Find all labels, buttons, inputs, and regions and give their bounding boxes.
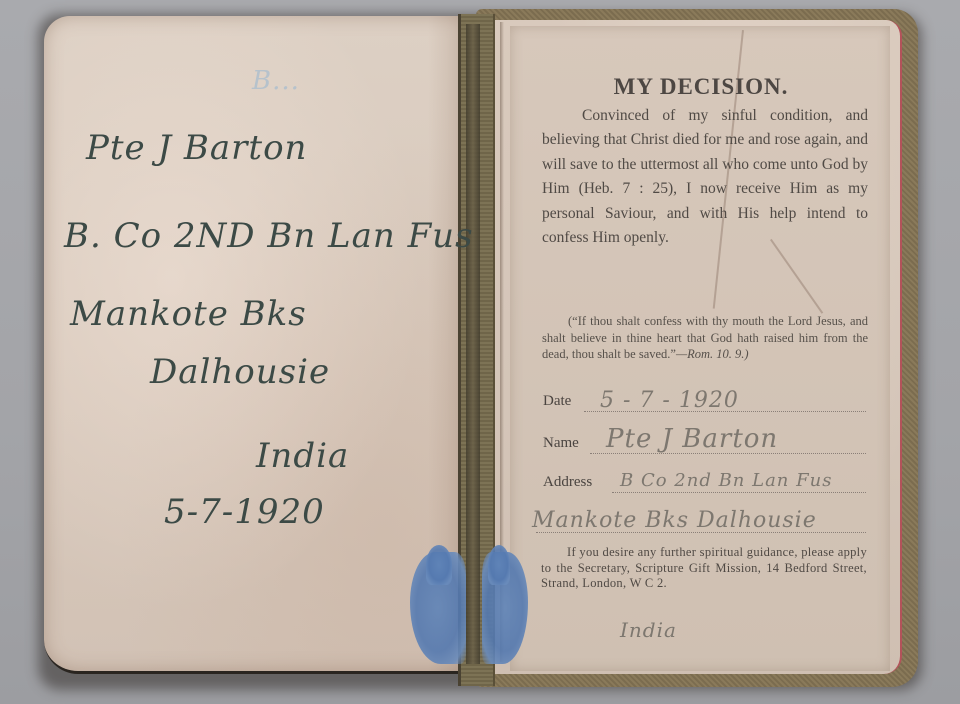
scripture-quote: (“If thou shalt confess with thy mouth t… [542, 313, 868, 363]
decision-statement-text: Convinced of my sinful condition, and be… [542, 107, 868, 246]
address-label: Address [543, 474, 592, 491]
address-value-line2: Mankote Bks Dalhousie [532, 508, 817, 533]
handwritten-barracks: Mankote Bks [70, 294, 307, 334]
handwritten-country: India [256, 436, 349, 476]
ink-stain-right-tip [488, 545, 510, 585]
handwritten-town: Dalhousie [150, 352, 330, 392]
address-line-1 [612, 492, 866, 493]
date-value: 5 - 7 - 1920 [600, 388, 739, 413]
name-value: Pte J Barton [606, 424, 778, 454]
card-title: MY DECISION. [536, 74, 866, 100]
date-label: Date [543, 393, 571, 410]
ink-stain-left-tip [426, 545, 452, 585]
faint-pencil-mark: B... [252, 66, 300, 96]
left-inner-cover [44, 16, 468, 674]
spine-gutter [466, 24, 480, 664]
scripture-reference: —Rom. 10. 9.) [676, 347, 749, 361]
handwritten-unit: B. Co 2ND Bn Lan Fus [64, 216, 474, 256]
decision-statement: Convinced of my sinful condition, and be… [542, 104, 868, 250]
name-label: Name [543, 435, 579, 452]
address-value-line1: B Co 2nd Bn Lan Fus [620, 470, 832, 491]
address-value-line3: India [620, 618, 677, 642]
guidance-notice: If you desire any further spiritual guid… [541, 545, 867, 592]
guidance-notice-text: If you desire any further spiritual guid… [541, 545, 867, 590]
handwritten-name: Pte J Barton [86, 128, 307, 168]
handwritten-date: 5-7-1920 [164, 492, 325, 532]
